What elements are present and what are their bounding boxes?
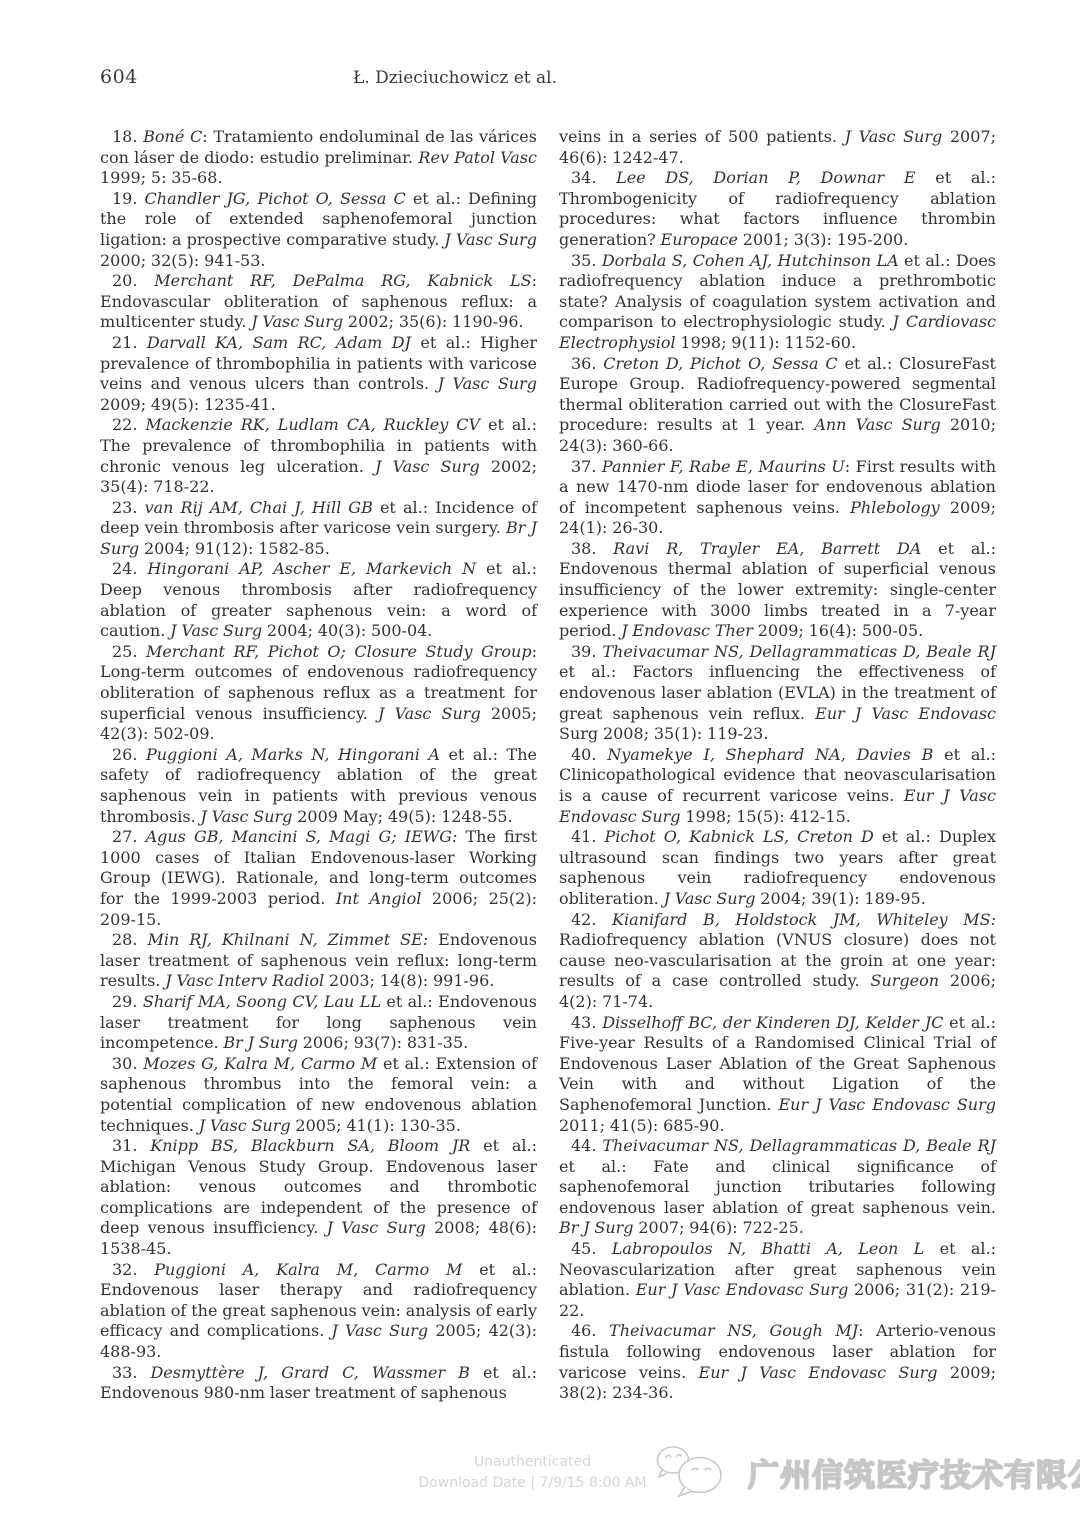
reference-item: 28. Min RJ, Khilnani N, Zimmet SE: Endov… xyxy=(100,930,537,992)
reference-item: 38. Ravi R, Trayler EA, Barrett DA et al… xyxy=(559,539,996,642)
scanned-paper-page: 604 Ł. Dzieciuchowicz et al. 18. Boné C:… xyxy=(0,0,1080,1527)
reference-item: 29. Sharif MA, Soong CV, Lau LL et al.: … xyxy=(100,992,537,1054)
reference-item: 19. Chandler JG, Pichot O, Sessa C et al… xyxy=(100,189,537,271)
reference-item: 41. Pichot O, Kabnick LS, Creton D et al… xyxy=(559,827,996,909)
reference-item: 35. Dorbala S, Cohen AJ, Hutchinson LA e… xyxy=(559,251,996,354)
footer-brand: 广州信筑医疗技术有限公司 xyxy=(652,1441,1080,1503)
reference-item: 43. Disselhoff BC, der Kinderen DJ, Keld… xyxy=(559,1013,996,1137)
reference-item: 44. Theivacumar NS, Dellagrammaticas D, … xyxy=(559,1136,996,1239)
reference-item: 36. Creton D, Pichot O, Sessa C et al.: … xyxy=(559,354,996,457)
reference-item: 46. Theivacumar NS, Gough MJ: Arterio-ve… xyxy=(559,1321,996,1403)
reference-item: 45. Labropoulos N, Bhatti A, Leon L et a… xyxy=(559,1239,996,1321)
reference-item: 23. van Rij AM, Chai J, Hill GB et al.: … xyxy=(100,498,537,560)
references-column-left: 18. Boné C: Tratamiento endoluminal de l… xyxy=(100,127,537,1404)
reference-item: veins in a series of 500 patients. J Vas… xyxy=(559,127,996,168)
reference-item: 22. Mackenzie RK, Ludlam CA, Ruckley CV … xyxy=(100,415,537,497)
reference-item: 27. Agus GB, Mancini S, Magi G; IEWG: Th… xyxy=(100,827,537,930)
reference-item: 32. Puggioni A, Kalra M, Carmo M et al.:… xyxy=(100,1260,537,1363)
reference-item: 30. Mozes G, Kalra M, Carmo M et al.: Ex… xyxy=(100,1054,537,1136)
reference-item: 31. Knipp BS, Blackburn SA, Bloom JR et … xyxy=(100,1136,537,1260)
reference-item: 33. Desmyttère J, Grard C, Wassmer B et … xyxy=(100,1363,537,1404)
reference-item: 26. Puggioni A, Marks N, Hingorani A et … xyxy=(100,745,537,827)
reference-item: 20. Merchant RF, DePalma RG, Kabnick LS:… xyxy=(100,271,537,333)
running-head-authors: Ł. Dzieciuchowicz et al. xyxy=(0,68,910,88)
company-name: 广州信筑医疗技术有限公司 xyxy=(748,1450,1080,1495)
chat-bubbles-logo-icon xyxy=(652,1443,744,1501)
reference-item: 39. Theivacumar NS, Dellagrammaticas D, … xyxy=(559,642,996,745)
reference-item: 21. Darvall KA, Sam RC, Adam DJ et al.: … xyxy=(100,333,537,415)
reference-item: 37. Pannier F, Rabe E, Maurins U: First … xyxy=(559,457,996,539)
reference-item: 25. Merchant RF, Pichot O; Closure Study… xyxy=(100,642,537,745)
references-section: 18. Boné C: Tratamiento endoluminal de l… xyxy=(100,127,996,1404)
references-column-right: veins in a series of 500 patients. J Vas… xyxy=(559,127,996,1404)
reference-item: 18. Boné C: Tratamiento endoluminal de l… xyxy=(100,127,537,189)
reference-item: 42. Kianifard B, Holdstock JM, Whiteley … xyxy=(559,910,996,1013)
reference-item: 34. Lee DS, Dorian P, Downar E et al.: T… xyxy=(559,168,996,250)
running-header: 604 Ł. Dzieciuchowicz et al. xyxy=(0,66,1080,96)
reference-item: 40. Nyamekye I, Shephard NA, Davies B et… xyxy=(559,745,996,827)
reference-item: 24. Hingorani AP, Ascher E, Markevich N … xyxy=(100,559,537,641)
